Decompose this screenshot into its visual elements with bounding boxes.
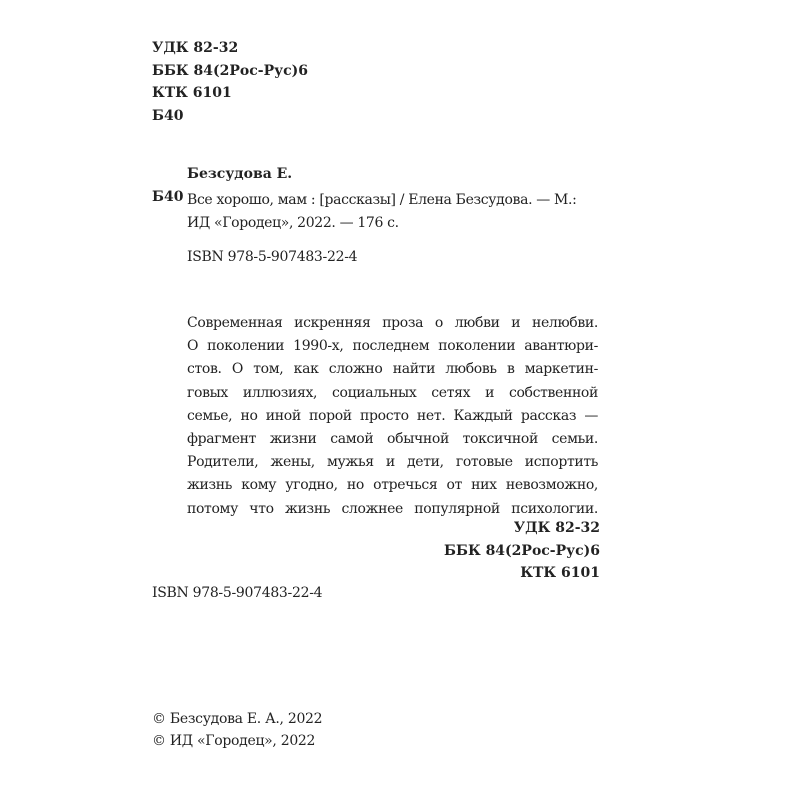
ktk-code: КТК 6101 [152, 82, 308, 105]
copyright-block: © Безсудова Е. А., 2022 © ИД «Городец», … [152, 709, 322, 752]
annotation-line: Современная искренняя проза о любви и не… [187, 312, 598, 335]
classification-codes-bottom: УДК 82-32 ББК 84(2Рос-Рус)6 КТК 6101 [444, 517, 600, 585]
udk-code-bottom: УДК 82-32 [444, 517, 600, 540]
annotation-line: Родители, жены, мужья и дети, готовые ис… [187, 451, 598, 474]
annotation-line: говых иллюзиях, социальных сетях и собст… [187, 382, 598, 405]
annotation-line: стов. О том, как сложно найти любовь в м… [187, 358, 598, 381]
record-author-sign: Б40 [152, 189, 183, 205]
record-isbn: ISBN 978-5-907483-22-4 [187, 249, 357, 265]
ktk-code-bottom: КТК 6101 [444, 562, 600, 585]
copyright-publisher: © ИД «Городец», 2022 [152, 731, 322, 753]
annotation-line: фрагмент жизни самой обычной токсичной с… [187, 428, 598, 451]
author-sign: Б40 [152, 105, 308, 128]
annotation-line: семье, но иной порой просто нет. Каждый … [187, 405, 598, 428]
description-line: Все хорошо, мам : [рассказы] / Елена Без… [187, 189, 599, 212]
isbn-bottom: ISBN 978-5-907483-22-4 [152, 585, 322, 601]
bbk-code: ББК 84(2Рос-Рус)6 [152, 60, 308, 83]
annotation-paragraph: Современная искренняя проза о любви и не… [187, 312, 598, 521]
classification-codes-top: УДК 82-32 ББК 84(2Рос-Рус)6 КТК 6101 Б40 [152, 37, 308, 127]
record-author: Безсудова Е. [187, 166, 292, 182]
annotation-line: О поколении 1990-х, последнем поколении … [187, 335, 598, 358]
copyright-author: © Безсудова Е. А., 2022 [152, 709, 322, 731]
bbk-code-bottom: ББК 84(2Рос-Рус)6 [444, 540, 600, 563]
bibliographic-description: Все хорошо, мам : [рассказы] / Елена Без… [187, 189, 599, 234]
description-line: ИД «Городец», 2022. — 176 с. [187, 212, 599, 235]
udk-code: УДК 82-32 [152, 37, 308, 60]
annotation-line: жизнь кому угодно, но отречься от них не… [187, 474, 598, 497]
